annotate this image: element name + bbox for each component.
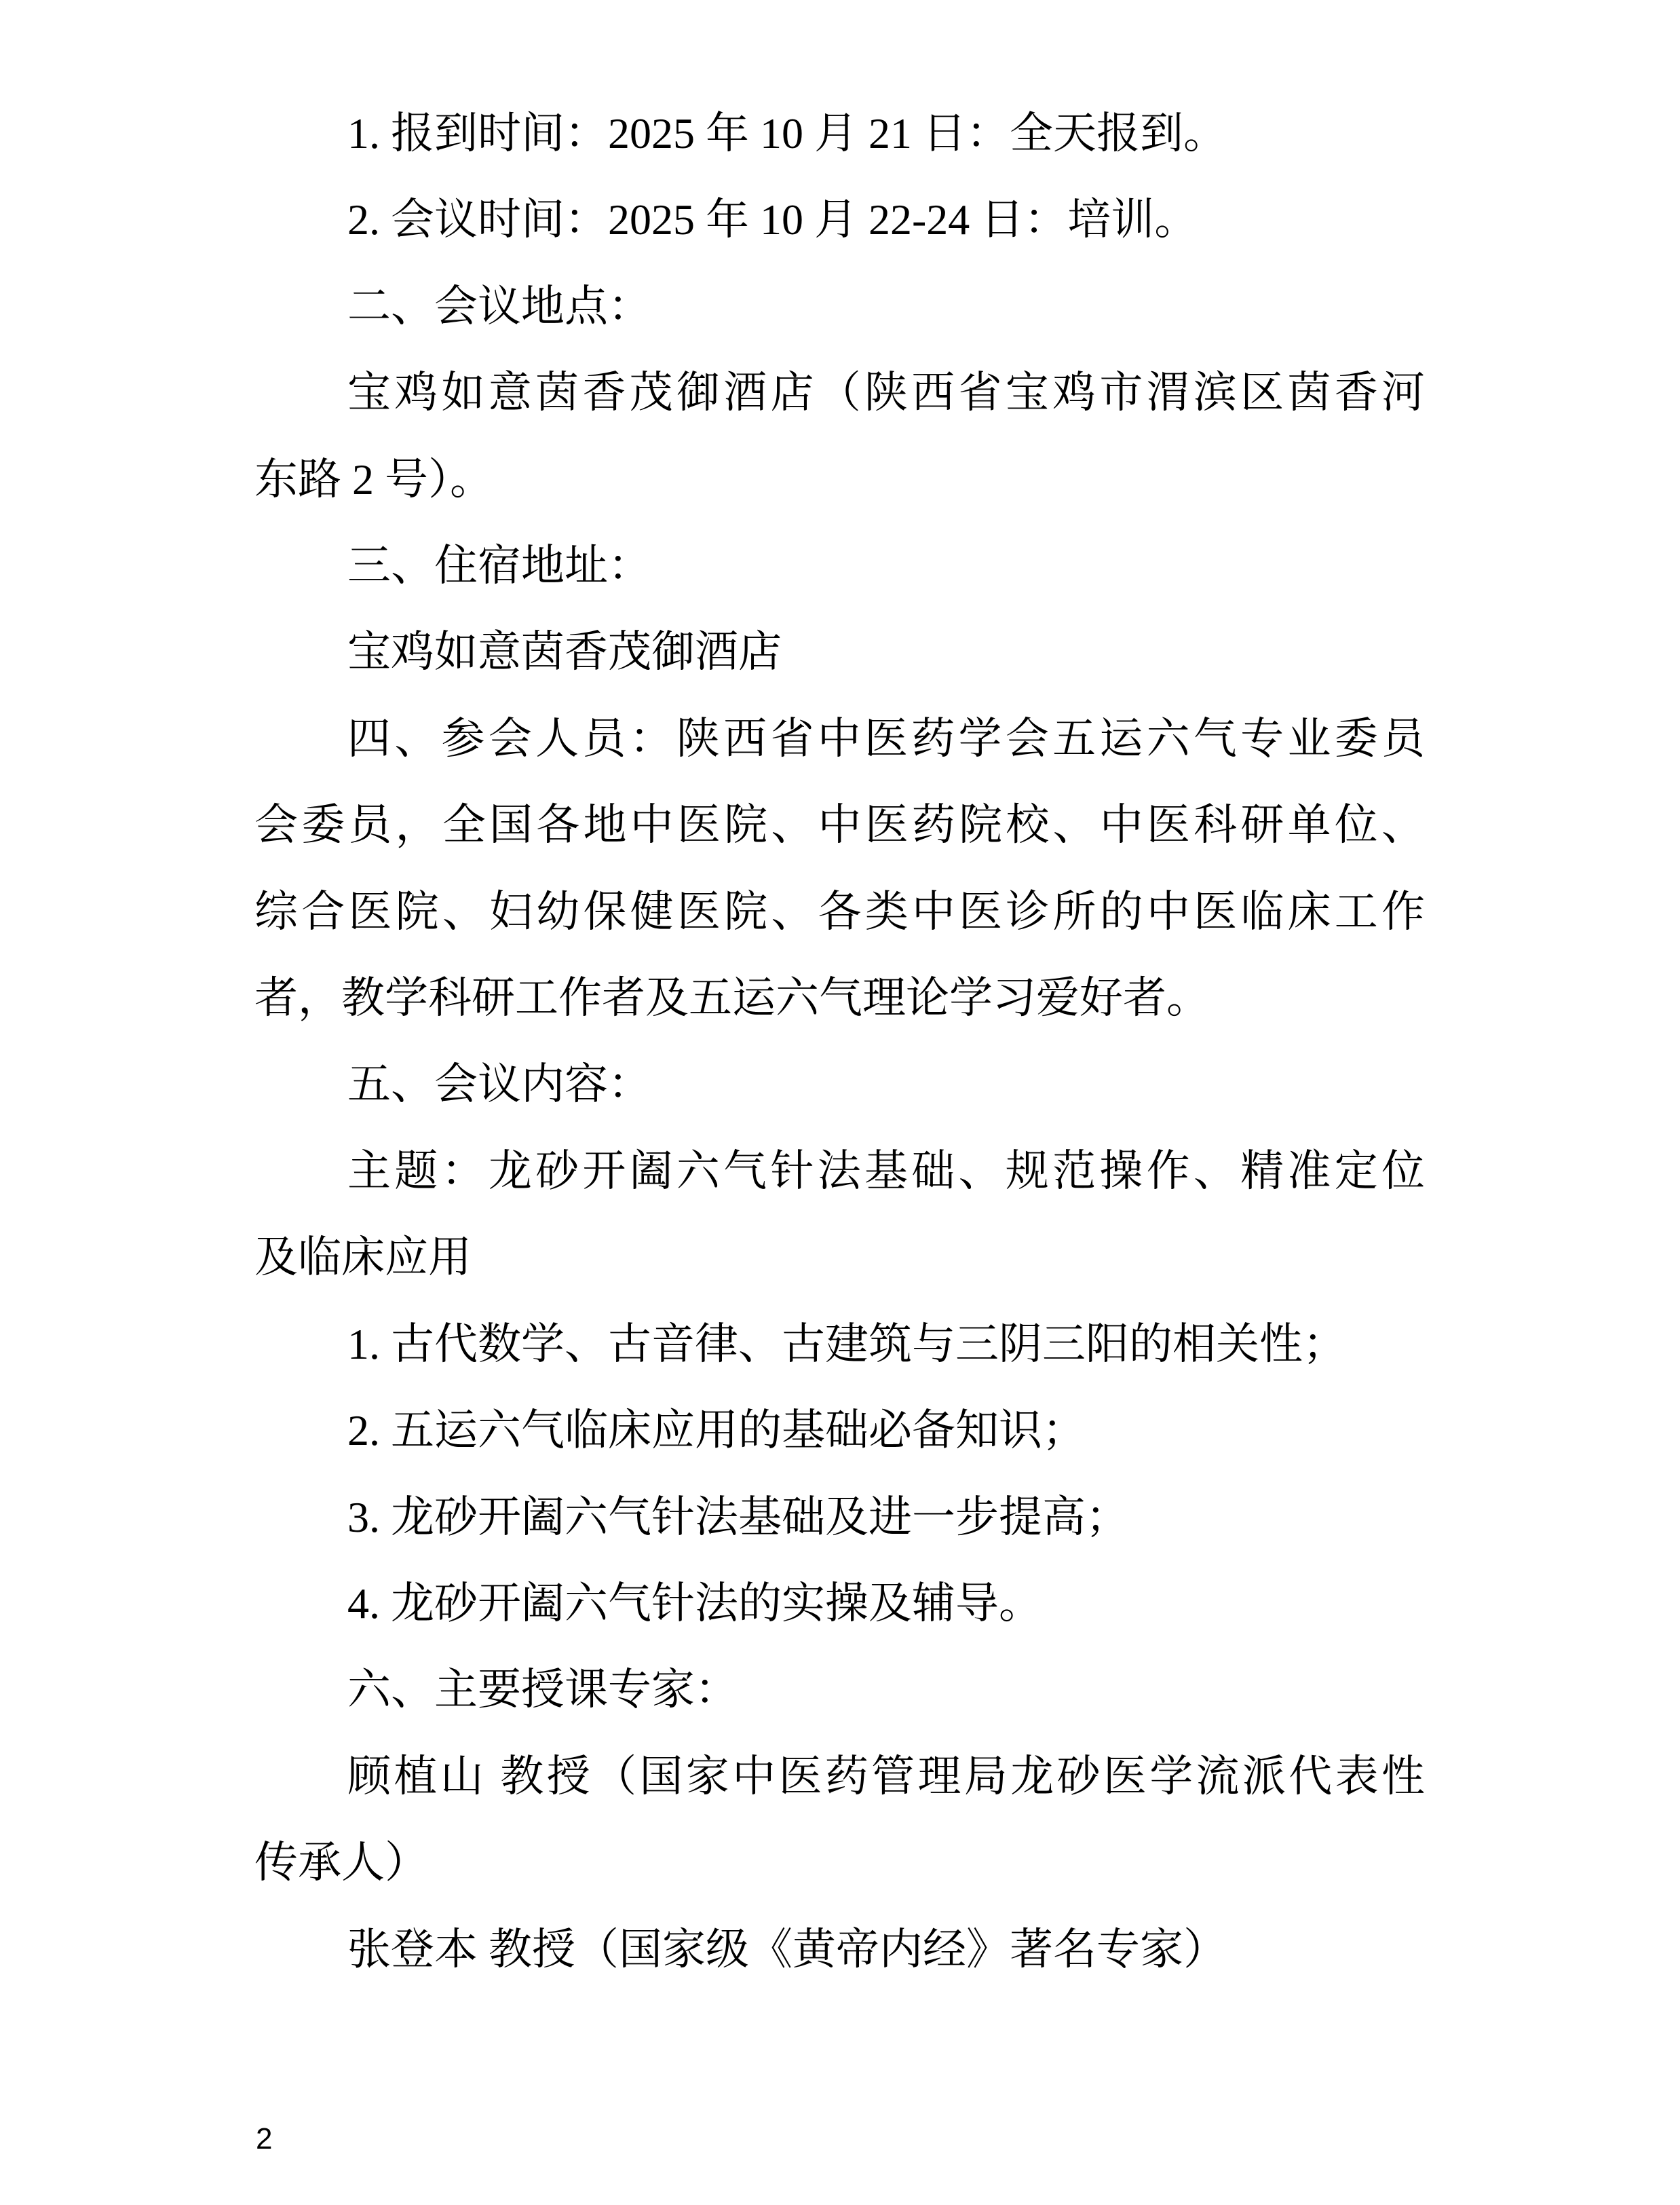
text-line: 3. 龙砂开阖六气针法基础及进一步提高； <box>254 1474 1425 1560</box>
text-line: 2. 会议时间：2025 年 10 月 22-24 日：培训。 <box>254 176 1425 263</box>
text-line: 2. 五运六气临床应用的基础必备知识； <box>254 1387 1425 1473</box>
page-number: 2 <box>256 2122 272 2157</box>
text-line: 1. 古代数学、古音律、古建筑与三阴三阳的相关性； <box>254 1301 1425 1387</box>
text-line: 六、主要授课专家： <box>254 1646 1425 1733</box>
text-line: 者，教学科研工作者及五运六气理论学习爱好者。 <box>254 955 1425 1041</box>
text-line: 五、会议内容： <box>254 1041 1425 1127</box>
text-line: 宝鸡如意茵香茂御酒店（陕西省宝鸡市渭滨区茵香河 <box>254 350 1425 436</box>
text-line: 4. 龙砂开阖六气针法的实操及辅导。 <box>254 1560 1425 1646</box>
text-line: 1. 报到时间：2025 年 10 月 21 日：全天报到。 <box>254 90 1425 176</box>
document-page: 1. 报到时间：2025 年 10 月 21 日：全天报到。2. 会议时间：20… <box>0 0 1680 2205</box>
document-body-text: 1. 报到时间：2025 年 10 月 21 日：全天报到。2. 会议时间：20… <box>254 90 1425 1993</box>
text-line: 会委员，全国各地中医院、中医药院校、中医科研单位、 <box>254 782 1425 868</box>
text-line: 传承人） <box>254 1820 1425 1906</box>
text-line: 及临床应用 <box>254 1214 1425 1300</box>
text-line: 主题：龙砂开阖六气针法基础、规范操作、精准定位 <box>254 1128 1425 1214</box>
text-line: 顾植山 教授（国家中医药管理局龙砂医学流派代表性 <box>254 1733 1425 1820</box>
text-line: 四、参会人员：陕西省中医药学会五运六气专业委员 <box>254 696 1425 782</box>
text-line: 张登本 教授（国家级《黄帝内经》著名专家） <box>254 1906 1425 1993</box>
text-line: 综合医院、妇幼保健医院、各类中医诊所的中医临床工作 <box>254 869 1425 955</box>
text-line: 宝鸡如意茵香茂御酒店 <box>254 609 1425 695</box>
text-line: 二、会议地点： <box>254 263 1425 350</box>
text-line: 东路 2 号）。 <box>254 436 1425 523</box>
text-line: 三、住宿地址： <box>254 523 1425 609</box>
